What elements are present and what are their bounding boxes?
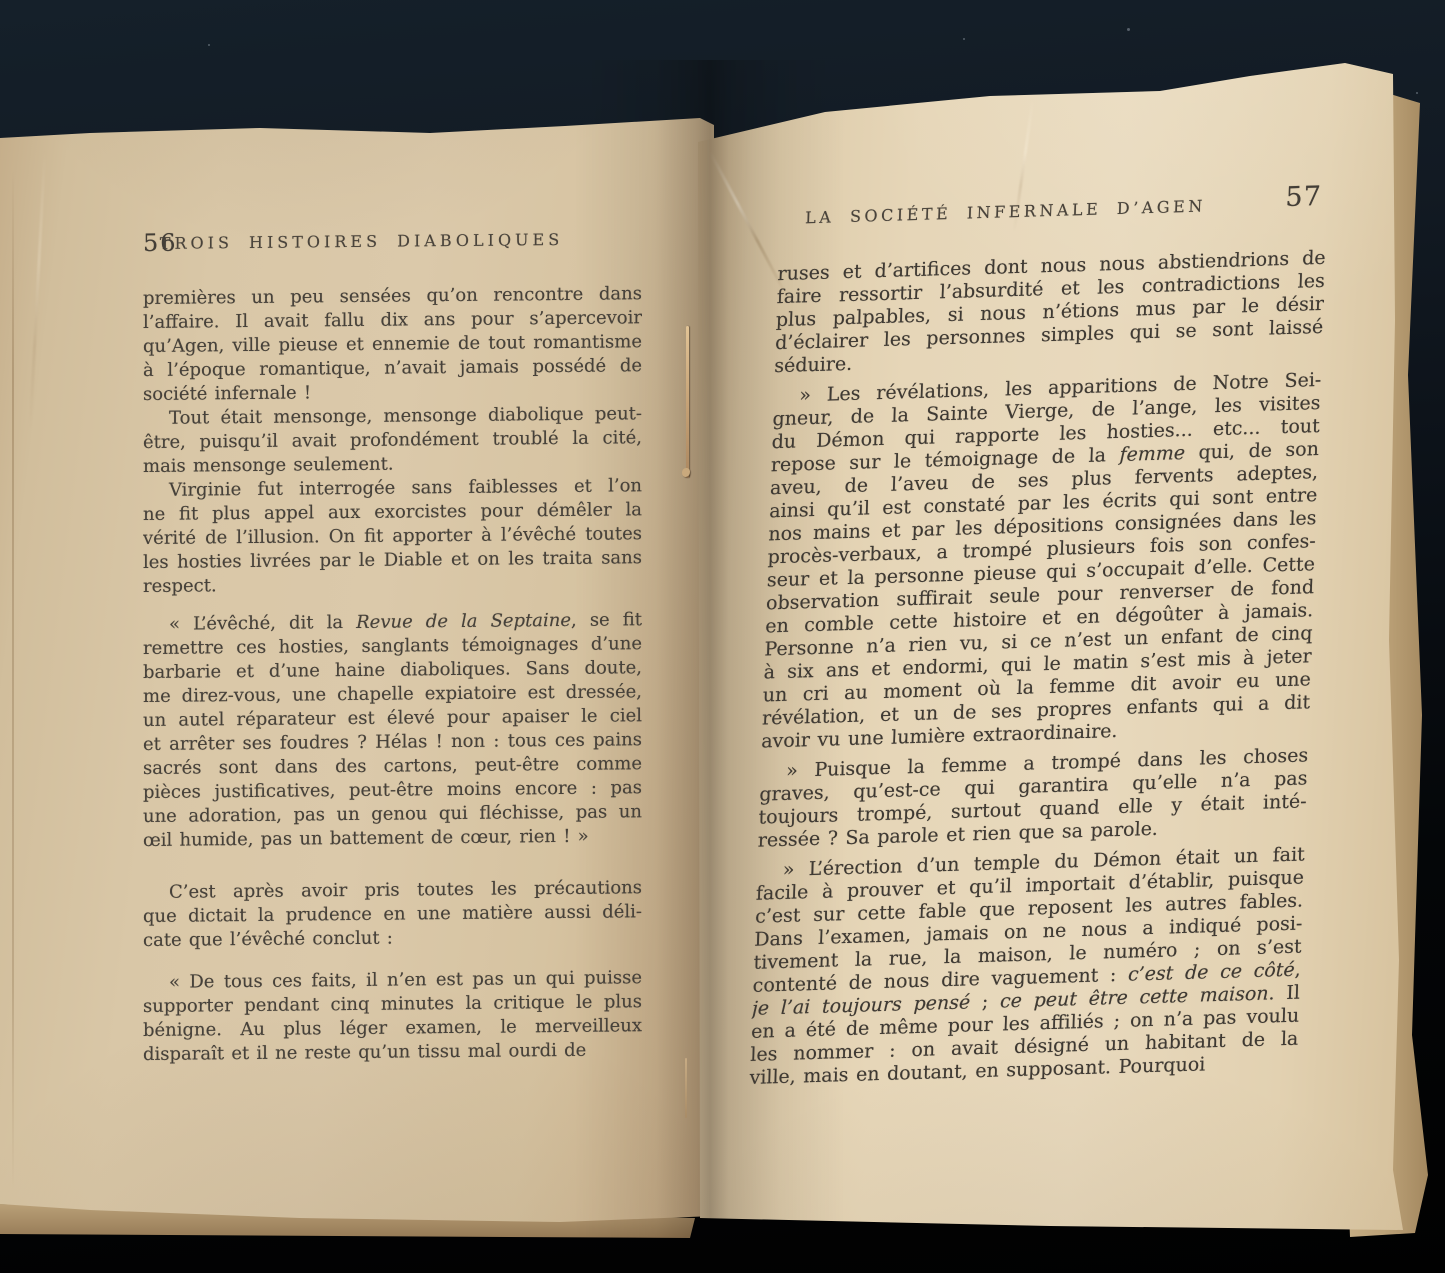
- paragraph: » L’érection d’un temple du Démon était …: [749, 843, 1305, 1090]
- paragraph: » Les révélations, les apparitions de No…: [761, 369, 1322, 754]
- text-line: respect.: [143, 570, 642, 599]
- paragraph: « L’évêché, dit la Revue de la Septaine,…: [143, 608, 642, 853]
- dust-speck: [1416, 92, 1418, 94]
- text-line: disparaît et il ne reste qu’un tissu mal…: [143, 1038, 642, 1067]
- paragraph: » Puisque la femme a trompé dans les cho…: [757, 744, 1308, 852]
- text-line: à l’époque romantique, n’avait jamais po…: [143, 354, 642, 383]
- left-page-number: 56: [143, 229, 178, 257]
- binding-thread: [686, 326, 689, 478]
- page-edge-line: [12, 170, 14, 1190]
- right-page-number: 57: [1285, 181, 1322, 213]
- left-page-text: 56 TROIS HISTOIRES DIABOLIQUES premières…: [143, 226, 642, 1067]
- paragraph: Virginie fut interrogée sans faiblesses …: [143, 474, 642, 599]
- text-line: cate que l’évêché conclut :: [143, 924, 642, 953]
- right-page-text: LA SOCIÉTÉ INFERNALE D’AGEN 57 ruses et …: [749, 189, 1328, 1090]
- text-line: œil humide, pas un battement de cœur, ri…: [143, 824, 642, 853]
- right-page-body: ruses et d’artifices dont nous nous abst…: [749, 247, 1326, 1090]
- paragraph: Tout était mensonge, mensonge diabolique…: [143, 402, 642, 479]
- paragraph: « De tous ces faits, il n’en est pas un …: [143, 966, 642, 1067]
- dust-speck: [208, 44, 210, 46]
- photo-scene: 56 TROIS HISTOIRES DIABOLIQUES premières…: [0, 0, 1445, 1273]
- left-page-header: 56 TROIS HISTOIRES DIABOLIQUES: [143, 226, 642, 255]
- paragraph: premières un peu sensées qu’on rencontre…: [143, 282, 642, 407]
- dust-speck: [963, 38, 965, 40]
- dust-speck: [1127, 28, 1130, 31]
- left-page-body: premières un peu sensées qu’on rencontre…: [143, 282, 642, 1067]
- text-line: être, puisqu’il avait profondément troub…: [143, 426, 642, 455]
- text-line: que dictait la prudence en une matière a…: [143, 900, 642, 929]
- binding-thread-lower: [685, 1058, 687, 1118]
- paragraph: ruses et d’artifices dont nous nous abst…: [774, 247, 1326, 378]
- left-running-title: TROIS HISTOIRES DIABOLIQUES: [143, 226, 642, 253]
- paragraph: C’est après avoir pris toutes les précau…: [143, 876, 642, 953]
- text-line: les hosties livrées par le Diable et on …: [143, 546, 642, 575]
